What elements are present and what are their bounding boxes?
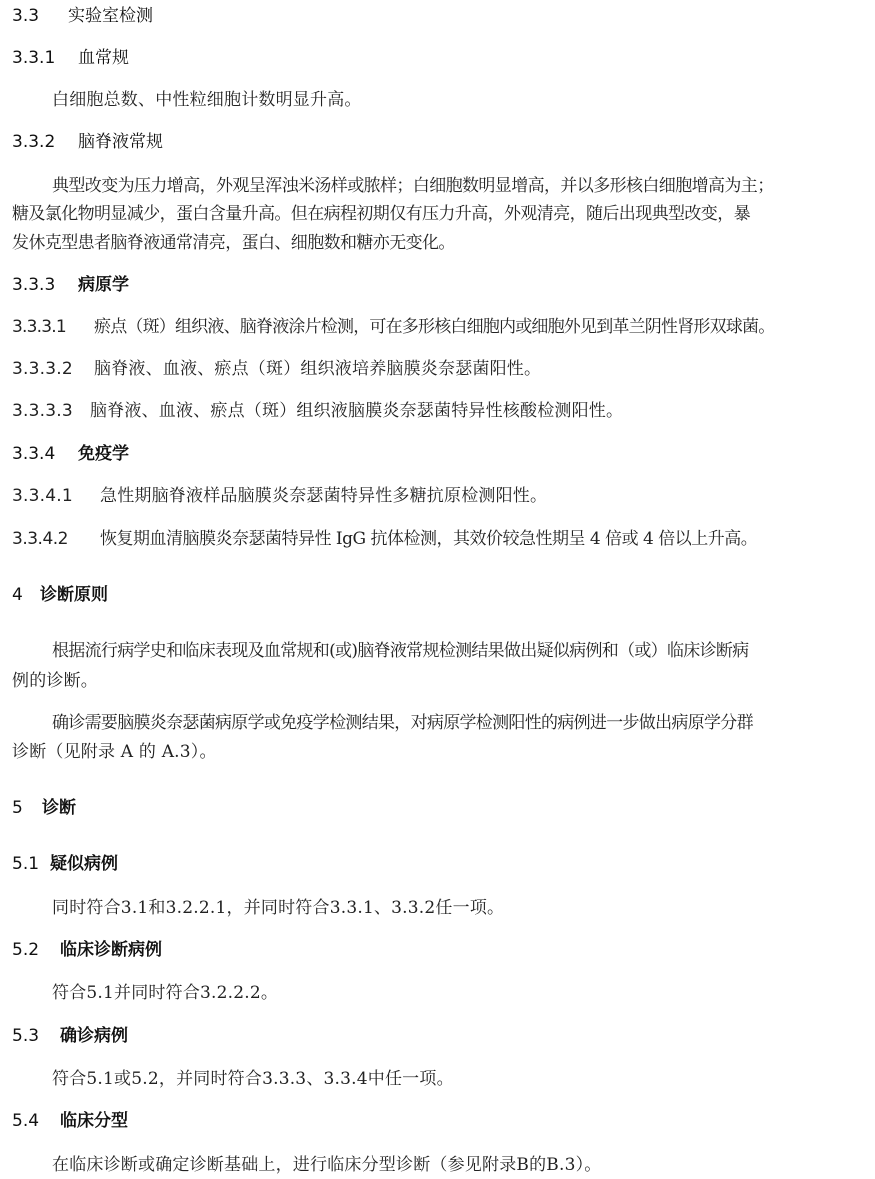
list-item: 3.3.3.2脑脊液、血液、瘀点（斑）组织液培养脑膜炎奈瑟菌阳性。 <box>12 358 541 380</box>
list-item: 3.3.3.3脑脊液、血液、瘀点（斑）组织液脑膜炎奈瑟菌特异性核酸检测阳性。 <box>12 400 623 422</box>
paragraph: 在临床诊断或确定诊断基础上，进行临床分型诊断（参见附录B的B.3）。 <box>52 1154 602 1176</box>
section-title: 脑脊液常规 <box>78 132 163 152</box>
section-title: 诊断原则 <box>40 585 108 605</box>
section-5-4-heading: 5.4临床分型 <box>12 1110 128 1132</box>
section-title: 临床分型 <box>60 1111 128 1131</box>
paragraph-line: 发休克型患者脑脊液通常清亮，蛋白、细胞数和糖亦无变化。 <box>12 232 455 254</box>
section-title: 免疫学 <box>78 444 129 464</box>
section-title: 确诊病例 <box>60 1026 128 1046</box>
item-text: 恢复期血清脑膜炎奈瑟菌特异性 IgG 抗体检测，其效价较急性期呈 4 倍或 4 … <box>100 529 757 549</box>
item-text: 急性期脑脊液样品脑膜炎奈瑟菌特异性多糖抗原检测阳性。 <box>100 486 547 506</box>
item-text: 瘀点（斑）组织液、脑脊液涂片检测，可在多形核白细胞内或细胞外见到革兰阴性肾形双球… <box>94 317 774 337</box>
list-item: 3.3.4.1急性期脑脊液样品脑膜炎奈瑟菌特异性多糖抗原检测阳性。 <box>12 485 547 507</box>
paragraph: 符合5.1并同时符合3.2.2.2。 <box>52 982 278 1004</box>
section-3-3-2-heading: 3.3.2脑脊液常规 <box>12 131 163 153</box>
paragraph: 符合5.1或5.2，并同时符合3.3.3、3.3.4中任一项。 <box>52 1068 454 1090</box>
section-number: 5.1 <box>12 853 50 875</box>
section-number: 3.3 <box>12 5 68 27</box>
section-5-heading: 5诊断 <box>12 797 76 819</box>
section-title: 实验室检测 <box>68 6 153 26</box>
section-3-3-4-heading: 3.3.4免疫学 <box>12 443 129 465</box>
section-4-heading: 4诊断原则 <box>12 584 108 606</box>
section-title: 疑似病例 <box>50 854 118 874</box>
list-item: 3.3.3.1瘀点（斑）组织液、脑脊液涂片检测，可在多形核白细胞内或细胞外见到革… <box>12 316 774 338</box>
section-number: 3.3.3 <box>12 274 78 296</box>
section-number: 3.3.1 <box>12 47 78 69</box>
section-3-3-heading: 3.3实验室检测 <box>12 5 153 27</box>
paragraph: 同时符合3.1和3.2.2.1，并同时符合3.3.1、3.3.2任一项。 <box>52 897 504 919</box>
paragraph-line: 典型改变为压力增高，外观呈浑浊米汤样或脓样；白细胞数明显增高，并以多形核白细胞增… <box>52 175 774 197</box>
paragraph-line: 根据流行病学史和临床表现及血常规和(或)脑脊液常规检测结果做出疑似病例和（或）临… <box>52 640 748 662</box>
section-number: 3.3.4 <box>12 443 78 465</box>
item-text: 脑脊液、血液、瘀点（斑）组织液脑膜炎奈瑟菌特异性核酸检测阳性。 <box>90 401 623 421</box>
section-number: 5.4 <box>12 1110 60 1132</box>
item-number: 3.3.3.1 <box>12 316 94 338</box>
section-3-3-3-heading: 3.3.3病原学 <box>12 274 129 296</box>
item-number: 3.3.3.3 <box>12 400 90 422</box>
section-5-2-heading: 5.2临床诊断病例 <box>12 939 162 961</box>
section-title: 诊断 <box>42 798 76 818</box>
paragraph-line: 糖及氯化物明显减少，蛋白含量升高。但在病程初期仅有压力升高，外观清亮，随后出现典… <box>12 203 750 225</box>
section-title: 病原学 <box>78 275 129 295</box>
section-title: 血常规 <box>78 48 129 68</box>
paragraph-line: 例的诊断。 <box>12 670 98 692</box>
section-number: 3.3.2 <box>12 131 78 153</box>
paragraph-line: 确诊需要脑膜炎奈瑟菌病原学或免疫学检测结果，对病原学检测阳性的病例进一步做出病原… <box>52 712 753 734</box>
list-item: 3.3.4.2恢复期血清脑膜炎奈瑟菌特异性 IgG 抗体检测，其效价较急性期呈 … <box>12 528 757 550</box>
section-number: 5.2 <box>12 939 60 961</box>
item-number: 3.3.3.2 <box>12 358 94 380</box>
section-3-3-1-heading: 3.3.1血常规 <box>12 47 129 69</box>
section-number: 4 <box>12 584 40 606</box>
section-5-1-heading: 5.1疑似病例 <box>12 853 118 875</box>
paragraph: 白细胞总数、中性粒细胞计数明显升高。 <box>52 89 362 111</box>
paragraph-line: 诊断（见附录 A 的 A.3）。 <box>12 741 217 763</box>
item-number: 3.3.4.2 <box>12 528 100 550</box>
section-title: 临床诊断病例 <box>60 940 162 960</box>
item-text: 脑脊液、血液、瘀点（斑）组织液培养脑膜炎奈瑟菌阳性。 <box>94 359 541 379</box>
item-number: 3.3.4.1 <box>12 485 100 507</box>
section-number: 5.3 <box>12 1025 60 1047</box>
section-number: 5 <box>12 797 42 819</box>
section-5-3-heading: 5.3确诊病例 <box>12 1025 128 1047</box>
